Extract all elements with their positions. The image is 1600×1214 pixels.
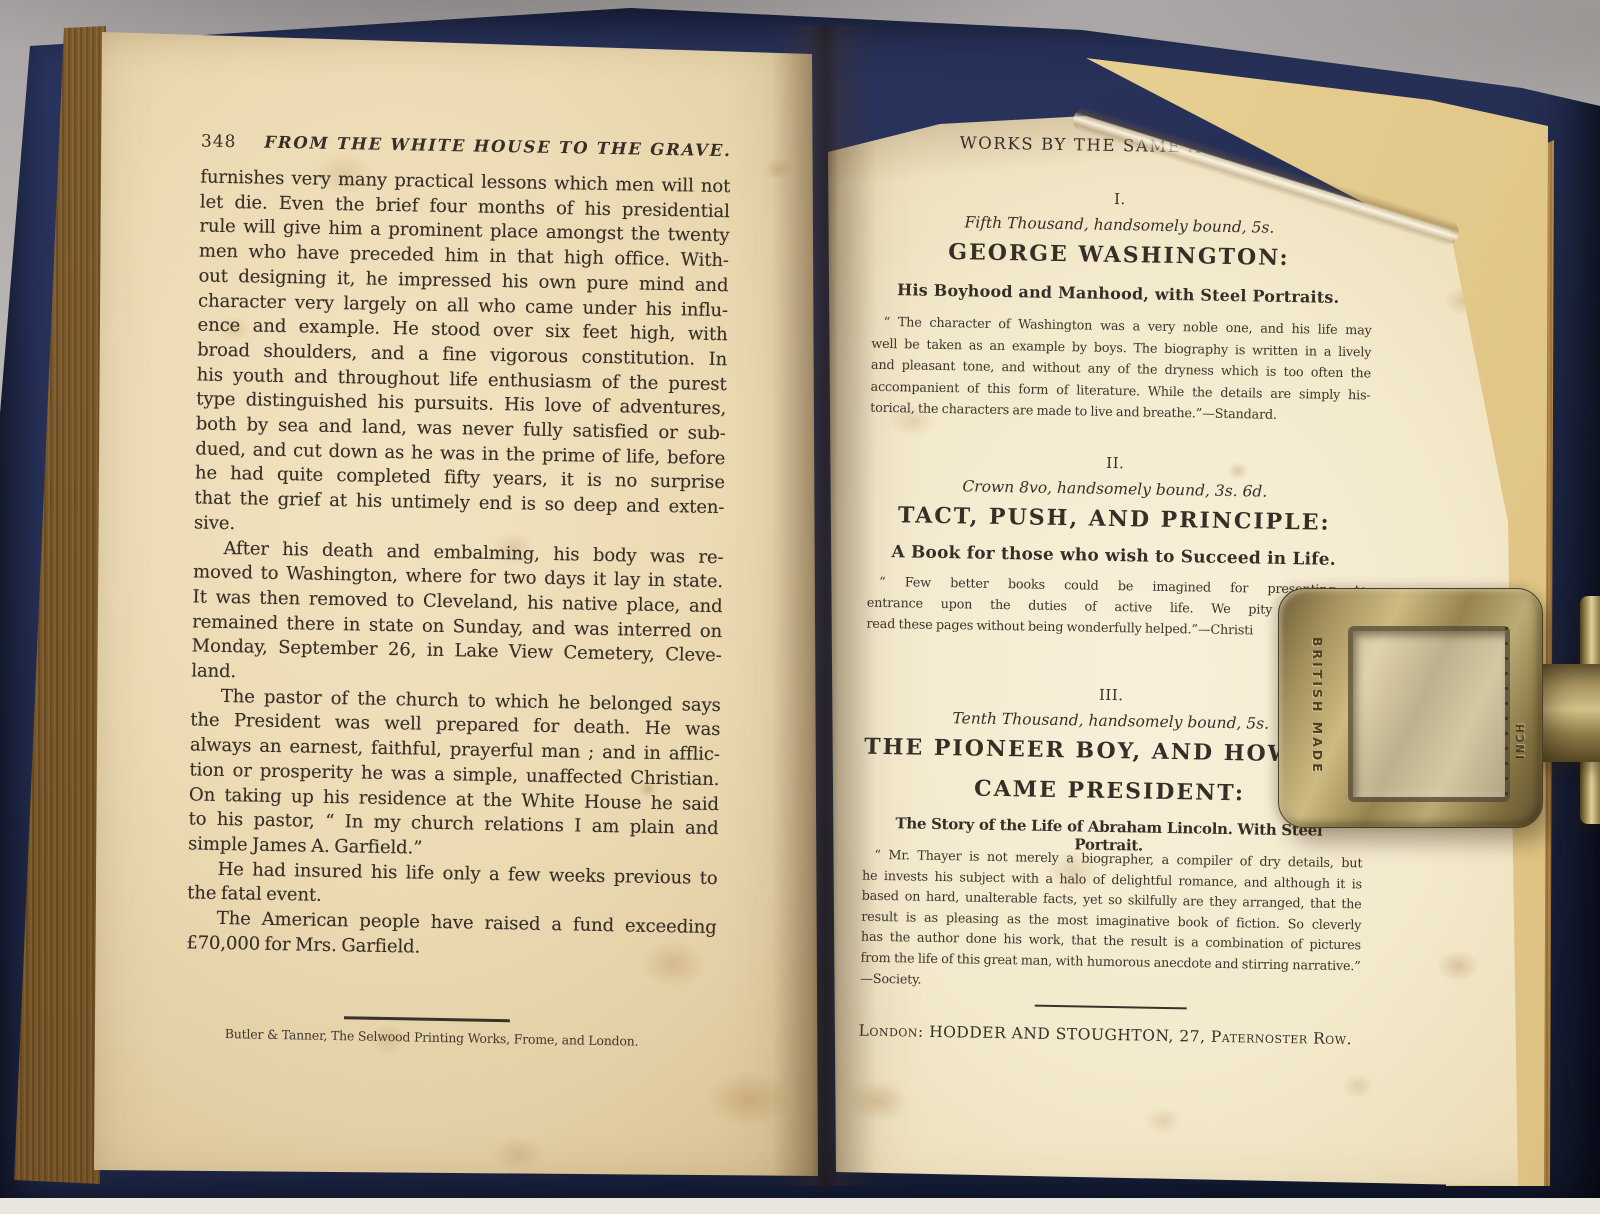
gutter-shadow — [772, 26, 876, 1186]
magnifier-arm — [1538, 664, 1600, 762]
left-page-content: 348 FROM THE WHITE HOUSE TO THE GRAVE. f… — [69, 17, 822, 1186]
body-paragraph: After his death and embalming, his body … — [191, 536, 724, 694]
magnifier-glass — [1348, 626, 1510, 802]
edition-note: Fifth Thousand, handsomely bound, 5s. — [873, 212, 1365, 239]
review-quote: “ The character of Washington was a very… — [870, 312, 1372, 428]
edition-note: Crown 8vo, handsomely bound, 3s. 6d. — [869, 476, 1361, 503]
body-paragraph: The pastor of the church to which he bel… — [188, 684, 721, 867]
publisher-rule — [1035, 1005, 1187, 1010]
magnifier-stamp-inch: INCH — [1515, 683, 1533, 759]
body-text: furnishes very many practical lessons wh… — [186, 165, 730, 965]
book-subtitle: His Boyhood and Manhood, with Steel Port… — [872, 280, 1364, 308]
magnifier-inch-scale-dots — [1505, 627, 1508, 797]
imprint-rule — [344, 1016, 510, 1022]
book-title: GEORGE WASHINGTON: — [873, 238, 1365, 273]
page-number: 348 — [201, 131, 237, 152]
review-quote: “ Mr. Thayer is not merely a biographer,… — [860, 846, 1362, 999]
magnifier-stamp-british-made: BRITISH MADE — [1303, 637, 1325, 813]
magnifier-frame: BRITISH MADE INCH — [1278, 588, 1543, 828]
body-paragraph: The American people have raised a fund e… — [186, 906, 717, 965]
body-paragraph: furnishes very many practical lessons wh… — [194, 165, 731, 545]
printer-imprint: Butler & Tanner, The Selwood Printing Wo… — [127, 1024, 737, 1050]
publisher-line: London: HODDER AND STOUGHTON, 27, Patern… — [832, 1021, 1378, 1049]
running-title: FROM THE WHITE HOUSE TO THE GRAVE. — [238, 132, 758, 161]
section-numeral: II. — [869, 450, 1361, 477]
book-title: TACT, PUSH, AND PRINCIPLE: — [868, 502, 1360, 537]
book-subtitle: A Book for those who wish to Succeed in … — [868, 542, 1360, 571]
left-page: 348 FROM THE WHITE HOUSE TO THE GRAVE. f… — [88, 24, 820, 1180]
book-photo: 348 FROM THE WHITE HOUSE TO THE GRAVE. f… — [0, 0, 1600, 1214]
